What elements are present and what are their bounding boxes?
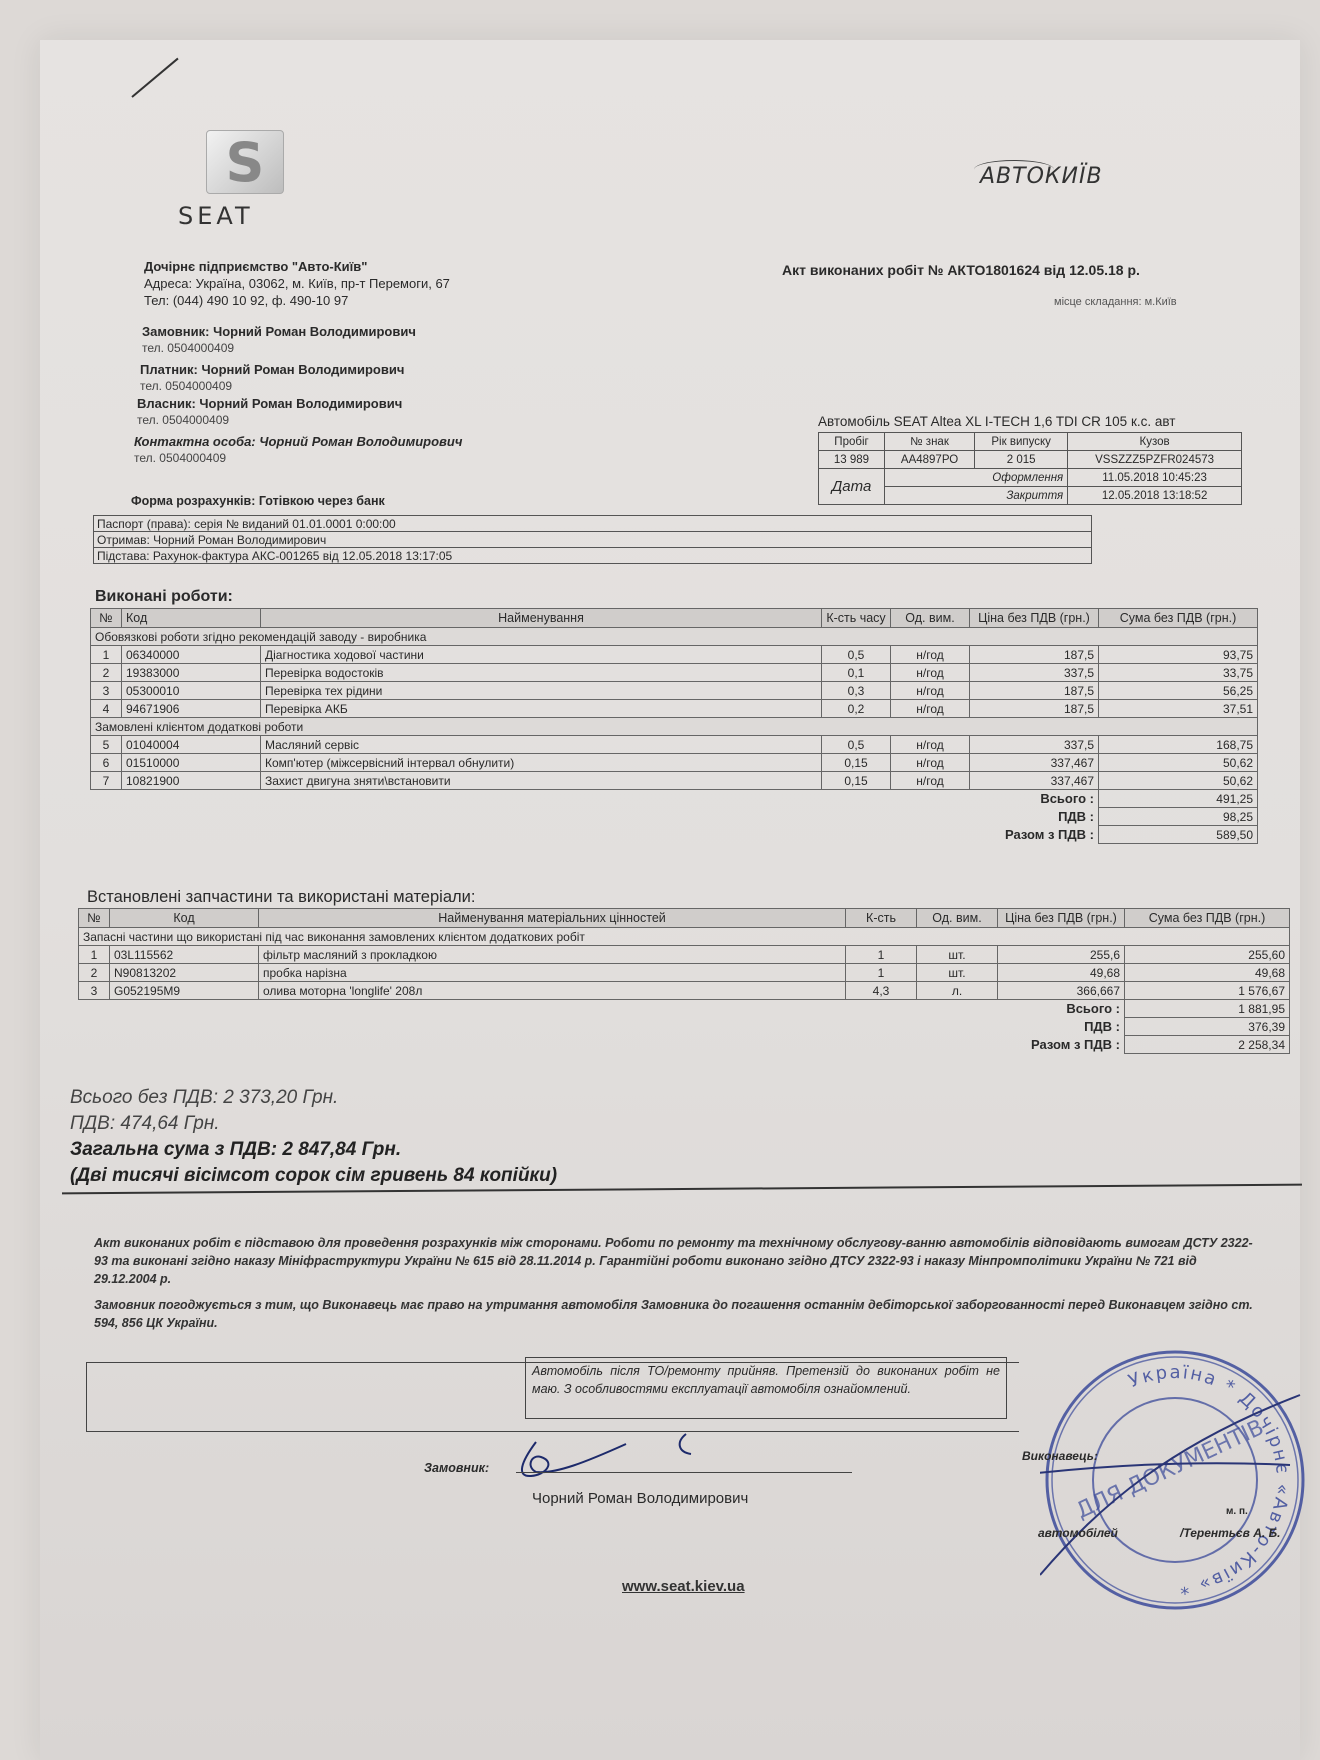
table-row: 2 N90813202 пробка нарізна 1 шт. 49,68 4… [79, 964, 1290, 982]
row-qty: 1 [846, 964, 917, 982]
row-name: Перевірка АКБ [261, 700, 822, 718]
group-row: Замовлені клієнтом додаткові роботи [91, 718, 1258, 736]
row-sum: 93,75 [1099, 646, 1258, 664]
group-row: Запасні частини що використані під час в… [79, 928, 1290, 946]
company-block: Дочірнє підприємство "Авто-Київ" Адреса:… [144, 258, 450, 309]
row-number: 1 [79, 946, 110, 964]
car-plate: АА4897РО [885, 451, 975, 469]
legal-text: Акт виконаних робіт є підставою для пров… [94, 1234, 1254, 1340]
row-code: 10821900 [122, 772, 261, 790]
row-number: 1 [91, 646, 122, 664]
total-in-words: (Дві тисячі вісімсот сорок сім гривень 8… [70, 1163, 557, 1189]
total-row: Разом з ПДВ :589,50 [91, 826, 1258, 844]
total-label: Всього : [79, 1000, 1125, 1018]
total-value: 98,25 [1099, 808, 1258, 826]
row-qty: 0,3 [822, 682, 891, 700]
table-row: 6 01510000 Комп'ютер (міжсервісний інтер… [91, 754, 1258, 772]
basis-line: Підстава: Рахунок-фактура АКС-001265 від… [94, 548, 1092, 564]
opened-label: Оформлення [885, 469, 1068, 487]
row-unit: шт. [917, 964, 998, 982]
table-row: 3 G052195M9 олива моторна 'longlife' 208… [79, 982, 1290, 1000]
party-tel: тел. 0504000409 [142, 340, 416, 356]
total-value: 376,39 [1125, 1018, 1290, 1036]
date-label: Дата [819, 469, 885, 505]
row-sum: 56,25 [1099, 682, 1258, 700]
row-name: фільтр масляний з прокладкою [259, 946, 846, 964]
row-number: 4 [91, 700, 122, 718]
row-number: 7 [91, 772, 122, 790]
party-name: Чорний Роман Володимирович [213, 324, 416, 339]
total-without-vat: Всього без ПДВ: 2 373,20 Грн. [70, 1085, 557, 1111]
row-code: 03L115562 [110, 946, 259, 964]
row-code: N90813202 [110, 964, 259, 982]
party-label: Власник: [137, 396, 196, 411]
acceptance-box: Автомобіль після ТО/ремонту прийняв. Пре… [86, 1362, 1019, 1432]
row-sum: 33,75 [1099, 664, 1258, 682]
received-line: Отримав: Чорний Роман Володимирович [94, 532, 1092, 548]
total-value: 1 881,95 [1125, 1000, 1290, 1018]
seat-s-icon: S [206, 130, 284, 194]
row-sum: 168,75 [1099, 736, 1258, 754]
col-header: Ціна без ПДВ (грн.) [998, 909, 1125, 928]
row-price: 187,5 [970, 682, 1099, 700]
client-signature [516, 1432, 716, 1482]
row-unit: н/год [891, 700, 970, 718]
total-vat: ПДВ: 474,64 Грн. [70, 1111, 557, 1137]
row-number: 2 [91, 664, 122, 682]
row-unit: н/год [891, 646, 970, 664]
row-qty: 0,5 [822, 646, 891, 664]
group-title: Замовлені клієнтом додаткові роботи [91, 718, 1258, 736]
auto-label: автомобілей [1038, 1526, 1118, 1540]
row-code: 01040004 [122, 736, 261, 754]
row-qty: 0,15 [822, 772, 891, 790]
total-label: ПДВ : [79, 1018, 1125, 1036]
total-row: Разом з ПДВ :2 258,34 [79, 1036, 1290, 1054]
row-sum: 50,62 [1099, 754, 1258, 772]
works-table: № Код Найменування К-сть часу Од. вим. Ц… [90, 608, 1258, 844]
payment-form: Форма розрахунків: Готівкою через банк [131, 494, 385, 508]
legal-paragraph: Замовник погоджується з тим, що Виконаве… [94, 1296, 1254, 1332]
group-row: Обовязкові роботи згідно рекомендацій за… [91, 628, 1258, 646]
row-code: 05300010 [122, 682, 261, 700]
total-row: Всього :491,25 [91, 790, 1258, 808]
row-unit: н/год [891, 682, 970, 700]
row-unit: л. [917, 982, 998, 1000]
col-header: Найменування матеріальних цінностей [259, 909, 846, 928]
car-title: Автомобіль SEAT Altea XL I-TECH 1,6 TDI … [818, 414, 1175, 429]
party-label: Замовник: [142, 324, 209, 339]
total-row: Всього :1 881,95 [79, 1000, 1290, 1018]
company-stamp: Україна * Дочірнє «Авто-Київ» * ДЛЯ ДОКУ… [1040, 1345, 1310, 1615]
party-label: Платник: [140, 362, 198, 377]
party-customer: Замовник: Чорний Роман Володимирович тел… [142, 324, 416, 356]
row-sum: 255,60 [1125, 946, 1290, 964]
works-title: Виконані роботи: [95, 588, 233, 606]
car-header: Кузов [1068, 433, 1242, 451]
total-value: 2 258,34 [1125, 1036, 1290, 1054]
party-name: Чорний Роман Володимирович [259, 434, 462, 449]
total-row: ПДВ :376,39 [79, 1018, 1290, 1036]
act-title: Акт виконаних робіт № АКТО1801624 від 12… [782, 262, 1140, 278]
total-label: ПДВ : [91, 808, 1099, 826]
closed-label: Закриття [885, 487, 1068, 505]
col-header: К-сть [846, 909, 917, 928]
party-owner: Власник: Чорний Роман Володимирович тел.… [137, 396, 402, 428]
party-tel: тел. 0504000409 [134, 450, 462, 466]
total-with-vat: Загальна сума з ПДВ: 2 847,84 Грн. [70, 1137, 557, 1163]
row-number: 3 [79, 982, 110, 1000]
party-contact: Контактна особа: Чорний Роман Володимиро… [134, 434, 462, 466]
party-name: Чорний Роман Володимирович [202, 362, 405, 377]
closed-value: 12.05.2018 13:18:52 [1068, 487, 1242, 505]
row-code: G052195M9 [110, 982, 259, 1000]
row-price: 49,68 [998, 964, 1125, 982]
row-code: 19383000 [122, 664, 261, 682]
act-place: місце складання: м.Київ [1054, 296, 1177, 308]
row-sum: 50,62 [1099, 772, 1258, 790]
row-unit: н/год [891, 736, 970, 754]
row-price: 337,467 [970, 754, 1099, 772]
col-header: Код [110, 909, 259, 928]
group-title: Запасні частини що використані під час в… [79, 928, 1290, 946]
group-title: Обовязкові роботи згідно рекомендацій за… [91, 628, 1258, 646]
client-name: Чорний Роман Володимирович [532, 1490, 748, 1507]
row-name: пробка нарізна [259, 964, 846, 982]
row-qty: 0,2 [822, 700, 891, 718]
grand-total: Всього без ПДВ: 2 373,20 Грн. ПДВ: 474,6… [70, 1085, 557, 1189]
row-qty: 4,3 [846, 982, 917, 1000]
total-label: Всього : [91, 790, 1099, 808]
row-name: Перевірка тех рідини [261, 682, 822, 700]
col-header: Од. вим. [917, 909, 998, 928]
row-sum: 37,51 [1099, 700, 1258, 718]
row-name: олива моторна 'longlife' 208л [259, 982, 846, 1000]
executor-label: Виконавець: [1022, 1449, 1098, 1463]
row-unit: н/год [891, 664, 970, 682]
row-qty: 0,5 [822, 736, 891, 754]
col-header: Сума без ПДВ (грн.) [1125, 909, 1290, 928]
row-qty: 0,15 [822, 754, 891, 772]
car-header: Рік випуску [975, 433, 1068, 451]
passport-line: Паспорт (права): серія № виданий 01.01.0… [94, 516, 1092, 532]
legal-paragraph: Акт виконаних робіт є підставою для пров… [94, 1234, 1254, 1288]
parts-table: № Код Найменування матеріальних цінносте… [78, 908, 1290, 1054]
total-row: ПДВ :98,25 [91, 808, 1258, 826]
total-label: Разом з ПДВ : [91, 826, 1099, 844]
row-qty: 0,1 [822, 664, 891, 682]
acceptance-text: Автомобіль після ТО/ремонту прийняв. Пре… [525, 1357, 1007, 1419]
total-label: Разом з ПДВ : [79, 1036, 1125, 1054]
row-sum: 49,68 [1125, 964, 1290, 982]
car-header: Пробіг [819, 433, 885, 451]
row-unit: н/год [891, 772, 970, 790]
col-header: Найменування [261, 609, 822, 628]
party-label: Контактна особа: [134, 434, 256, 449]
seat-wordmark: SEAT [178, 202, 302, 230]
row-name: Захист двигуна зняти\встановити [261, 772, 822, 790]
row-qty: 1 [846, 946, 917, 964]
table-row: 7 10821900 Захист двигуна зняти\встанови… [91, 772, 1258, 790]
row-price: 187,5 [970, 646, 1099, 664]
table-row: 2 19383000 Перевірка водостоків 0,1 н/го… [91, 664, 1258, 682]
car-header: № знак [885, 433, 975, 451]
company-name: Дочірнє підприємство "Авто-Київ" [144, 258, 450, 275]
car-vin: VSSZZZ5PZFR024573 [1068, 451, 1242, 469]
col-header: Код [122, 609, 261, 628]
table-row: 3 05300010 Перевірка тех рідини 0,3 н/го… [91, 682, 1258, 700]
total-value: 589,50 [1099, 826, 1258, 844]
row-code: 94671906 [122, 700, 261, 718]
row-number: 6 [91, 754, 122, 772]
col-header: № [79, 909, 110, 928]
stamp-place-label: м. п. [1226, 1506, 1248, 1517]
opened-value: 11.05.2018 10:45:23 [1068, 469, 1242, 487]
row-price: 255,6 [998, 946, 1125, 964]
company-phone: Тел: (044) 490 10 92, ф. 490-10 97 [144, 292, 450, 309]
col-header: № [91, 609, 122, 628]
table-row: 5 01040004 Масляний сервіс 0,5 н/год 337… [91, 736, 1258, 754]
col-header: К-сть часу [822, 609, 891, 628]
client-signature-label: Замовник: [424, 1461, 489, 1475]
avtokyiv-logo: АВТОКИЇВ [980, 164, 1103, 189]
seat-logo: S SEAT [178, 130, 302, 230]
row-unit: н/год [891, 754, 970, 772]
row-unit: шт. [917, 946, 998, 964]
row-code: 01510000 [122, 754, 261, 772]
col-header: Ціна без ПДВ (грн.) [970, 609, 1099, 628]
row-name: Перевірка водостоків [261, 664, 822, 682]
row-name: Діагностика ходової частини [261, 646, 822, 664]
row-number: 2 [79, 964, 110, 982]
row-price: 337,467 [970, 772, 1099, 790]
col-header: Сума без ПДВ (грн.) [1099, 609, 1258, 628]
row-code: 06340000 [122, 646, 261, 664]
row-number: 5 [91, 736, 122, 754]
car-year: 2 015 [975, 451, 1068, 469]
party-payer: Платник: Чорний Роман Володимирович тел.… [140, 362, 404, 394]
row-sum: 1 576,67 [1125, 982, 1290, 1000]
total-value: 491,25 [1099, 790, 1258, 808]
party-tel: тел. 0504000409 [137, 412, 402, 428]
table-row: 4 94671906 Перевірка АКБ 0,2 н/год 187,5… [91, 700, 1258, 718]
table-row: 1 06340000 Діагностика ходової частини 0… [91, 646, 1258, 664]
car-table: Пробіг № знак Рік випуску Кузов 13 989 А… [818, 432, 1242, 505]
row-name: Комп'ютер (міжсервісний інтервал обнулит… [261, 754, 822, 772]
company-address: Адреса: Україна, 03062, м. Київ, пр-т Пе… [144, 275, 450, 292]
row-number: 3 [91, 682, 122, 700]
executor-name: /Терентьєв А. Б. [1180, 1526, 1280, 1540]
party-name: Чорний Роман Володимирович [199, 396, 402, 411]
website-link[interactable]: www.seat.kiev.ua [622, 1578, 745, 1595]
client-signature-line [516, 1472, 852, 1473]
table-row: 1 03L115562 фільтр масляний з прокладкою… [79, 946, 1290, 964]
passport-table: Паспорт (права): серія № виданий 01.01.0… [93, 515, 1092, 564]
parts-title: Встановлені запчастини та використані ма… [87, 888, 475, 907]
col-header: Од. вим. [891, 609, 970, 628]
car-mileage: 13 989 [819, 451, 885, 469]
row-price: 187,5 [970, 700, 1099, 718]
party-tel: тел. 0504000409 [140, 378, 404, 394]
row-name: Масляний сервіс [261, 736, 822, 754]
row-price: 337,5 [970, 664, 1099, 682]
row-price: 337,5 [970, 736, 1099, 754]
row-price: 366,667 [998, 982, 1125, 1000]
